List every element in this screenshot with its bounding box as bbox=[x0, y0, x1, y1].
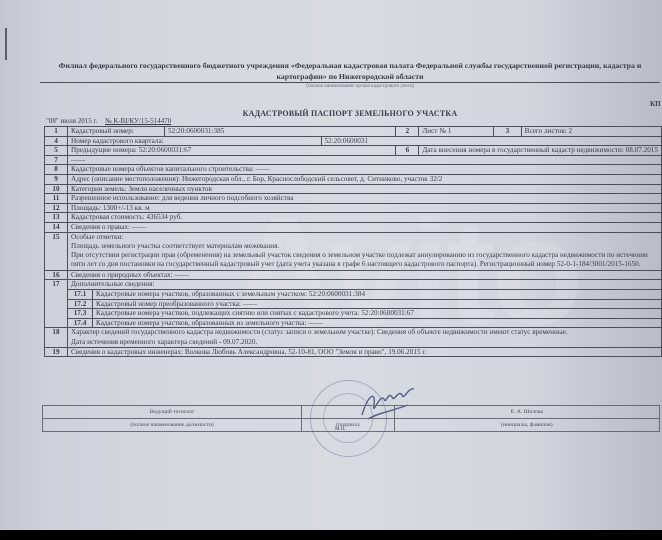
row-number: 18 bbox=[45, 328, 68, 348]
header-divider bbox=[40, 82, 660, 83]
document-title: КАДАСТРОВЫЙ ПАСПОРТ ЗЕМЕЛЬНОГО УЧАСТКА bbox=[200, 109, 500, 118]
transformed-parcel: Кадастровый номер преобразованного участ… bbox=[93, 300, 662, 309]
row-number: 4 bbox=[45, 136, 68, 146]
name-caption: (инициалы, фамилия) bbox=[394, 419, 659, 432]
sub-row-number: 17.3 bbox=[68, 309, 93, 318]
cadastral-value: Кадастровая стоимость: 436534 руб. bbox=[68, 213, 662, 223]
table-row: 17.3 Кадастровые номера участков, подлеж… bbox=[45, 309, 662, 319]
signature-caption: (подпись) bbox=[302, 419, 395, 432]
signer-position: Ведущий технолог bbox=[43, 406, 302, 419]
table-row: 4 Номер кадастрового квартала: 52:20:060… bbox=[45, 136, 662, 146]
formed-parcels: Кадастровые номера участков, образованны… bbox=[93, 290, 662, 299]
table-row: 17.2 Кадастровый номер преобразованного … bbox=[45, 299, 662, 309]
row-number: 2 bbox=[396, 127, 419, 137]
photo-border bbox=[0, 530, 662, 540]
row-number: 15 bbox=[45, 232, 68, 270]
signer-name: Е. А. Шилова bbox=[394, 406, 659, 419]
sheet-number: Лист № 1 bbox=[419, 127, 494, 137]
total-sheets: Всего листов: 2 bbox=[521, 127, 661, 137]
row-number: 19 bbox=[45, 347, 68, 357]
table-row: 8 Кадастровые номера объектов капитально… bbox=[45, 165, 662, 175]
registration-date: Дата внесения номера в государственный к… bbox=[419, 146, 662, 156]
row-number: 14 bbox=[45, 222, 68, 232]
land-category: Категория земель: Земли населенных пункт… bbox=[68, 184, 662, 194]
passport-table: 1 Кадастровый номер: 52:20:0600031:385 2… bbox=[44, 126, 662, 357]
record-status-line: Характер сведений государственного кадас… bbox=[71, 328, 658, 337]
capital-construction-numbers: Кадастровые номера объектов капитального… bbox=[68, 165, 662, 175]
row-number: 13 bbox=[45, 213, 68, 223]
special-notes-line: При отсутствии регистрации прав (обремен… bbox=[71, 251, 658, 270]
stamp-place-label: М.П. bbox=[335, 427, 346, 432]
table-row: 5 Предыдущие номера: 52:20:0600031:67 6 … bbox=[45, 146, 662, 156]
row-number: 16 bbox=[45, 270, 68, 280]
table-row: 12 Площадь: 1300+/-13 кв. м bbox=[45, 203, 662, 213]
sub-row-number: 17.4 bbox=[68, 319, 93, 328]
previous-numbers: Предыдущие номера: 52:20:0600031:67 bbox=[68, 146, 396, 156]
signature-block: Ведущий технолог Е. А. Шилова (полное на… bbox=[42, 405, 660, 432]
table-row: 9 Адрес (описание местоположения): Нижег… bbox=[45, 174, 662, 184]
organization-caption: (полное наименование органа кадастрового… bbox=[260, 84, 460, 89]
table-row: 13 Кадастровая стоимость: 436534 руб. bbox=[45, 213, 662, 223]
row-number: 11 bbox=[45, 194, 68, 204]
table-row: 15 Особые отметки: Площадь земельного уч… bbox=[45, 232, 662, 270]
special-notes-title: Особые отметки: bbox=[71, 233, 658, 242]
table-row: 19 Сведения о кадастровых инженерах: Вол… bbox=[45, 347, 662, 357]
date-line: "08" июля 2015 г. № К-ВI/КУ/15-514470 bbox=[46, 117, 171, 125]
special-notes-line: Площадь земельного участка соответствует… bbox=[71, 242, 658, 251]
table-row: 10 Категория земель: Земли населенных пу… bbox=[45, 184, 662, 194]
address: Адрес (описание местоположения): Нижегор… bbox=[68, 174, 662, 184]
sub-row-number: 17.1 bbox=[68, 290, 93, 299]
natural-objects: Сведения о природных объектах: —— bbox=[68, 270, 662, 280]
derived-parcels: Кадастровые номера участков, образованны… bbox=[93, 319, 662, 328]
cadastral-engineer: Сведения о кадастровых инженерах: Волков… bbox=[68, 347, 662, 357]
table-row: 7 —— bbox=[45, 155, 662, 165]
issue-date: "08" июля 2015 г. bbox=[46, 117, 97, 125]
table-row: 17.4 Кадастровые номера участков, образо… bbox=[45, 318, 662, 328]
row-number: 1 bbox=[45, 127, 68, 137]
row-label: Кадастровый номер: bbox=[68, 127, 165, 137]
row-number: 5 bbox=[45, 146, 68, 156]
cadastral-number: 52:20:0600031:385 bbox=[165, 127, 322, 137]
issuing-organization: Филиал федерального государственного бюд… bbox=[40, 60, 660, 82]
row-number: 3 bbox=[494, 127, 522, 137]
record-status: Характер сведений государственного кадас… bbox=[68, 328, 662, 348]
row-value: —— bbox=[68, 155, 662, 165]
removed-parcels: Кадастровые номера участков, подлежащих … bbox=[93, 309, 662, 318]
row-number: 9 bbox=[45, 174, 68, 184]
permitted-use: Разрешенное использование: для ведения л… bbox=[68, 194, 662, 204]
table-row: 1 Кадастровый номер: 52:20:0600031:385 2… bbox=[45, 127, 662, 137]
row-number: 17 bbox=[45, 280, 68, 328]
row-number: 10 bbox=[45, 184, 68, 194]
corner-mark: КП bbox=[650, 100, 661, 108]
table-row: 17 Дополнительные сведения: bbox=[45, 280, 662, 290]
rights-info: Сведения о правах: —— bbox=[68, 222, 662, 232]
table-row: 11 Разрешенное использование: для ведени… bbox=[45, 194, 662, 204]
special-notes: Особые отметки: Площадь земельного участ… bbox=[68, 232, 662, 270]
area: Площадь: 1300+/-13 кв. м bbox=[68, 203, 662, 213]
record-status-expiry: Дата истечения временного характера свед… bbox=[71, 338, 658, 347]
row-number: 7 bbox=[45, 155, 68, 165]
table-row: 14 Сведения о правах: —— bbox=[45, 222, 662, 232]
additional-info-title: Дополнительные сведения: bbox=[68, 280, 662, 290]
table-row: 18 Характер сведений государственного ка… bbox=[45, 328, 662, 348]
position-caption: (полное наименование должности) bbox=[43, 419, 302, 432]
row-label: Номер кадастрового квартала: bbox=[68, 136, 322, 146]
document-number: № К-ВI/КУ/15-514470 bbox=[105, 117, 171, 125]
staple-mark bbox=[5, 28, 7, 60]
sub-row-number: 17.2 bbox=[68, 300, 93, 309]
quarter-number: 52:20:0600031 bbox=[321, 136, 662, 146]
row-number: 6 bbox=[396, 146, 419, 156]
row-number: 8 bbox=[45, 165, 68, 175]
table-row: 17.1 Кадастровые номера участков, образо… bbox=[45, 289, 662, 299]
row-number: 12 bbox=[45, 203, 68, 213]
document-photo: Avito Филиал федерального государственно… bbox=[0, 0, 662, 530]
table-row: 16 Сведения о природных объектах: —— bbox=[45, 270, 662, 280]
